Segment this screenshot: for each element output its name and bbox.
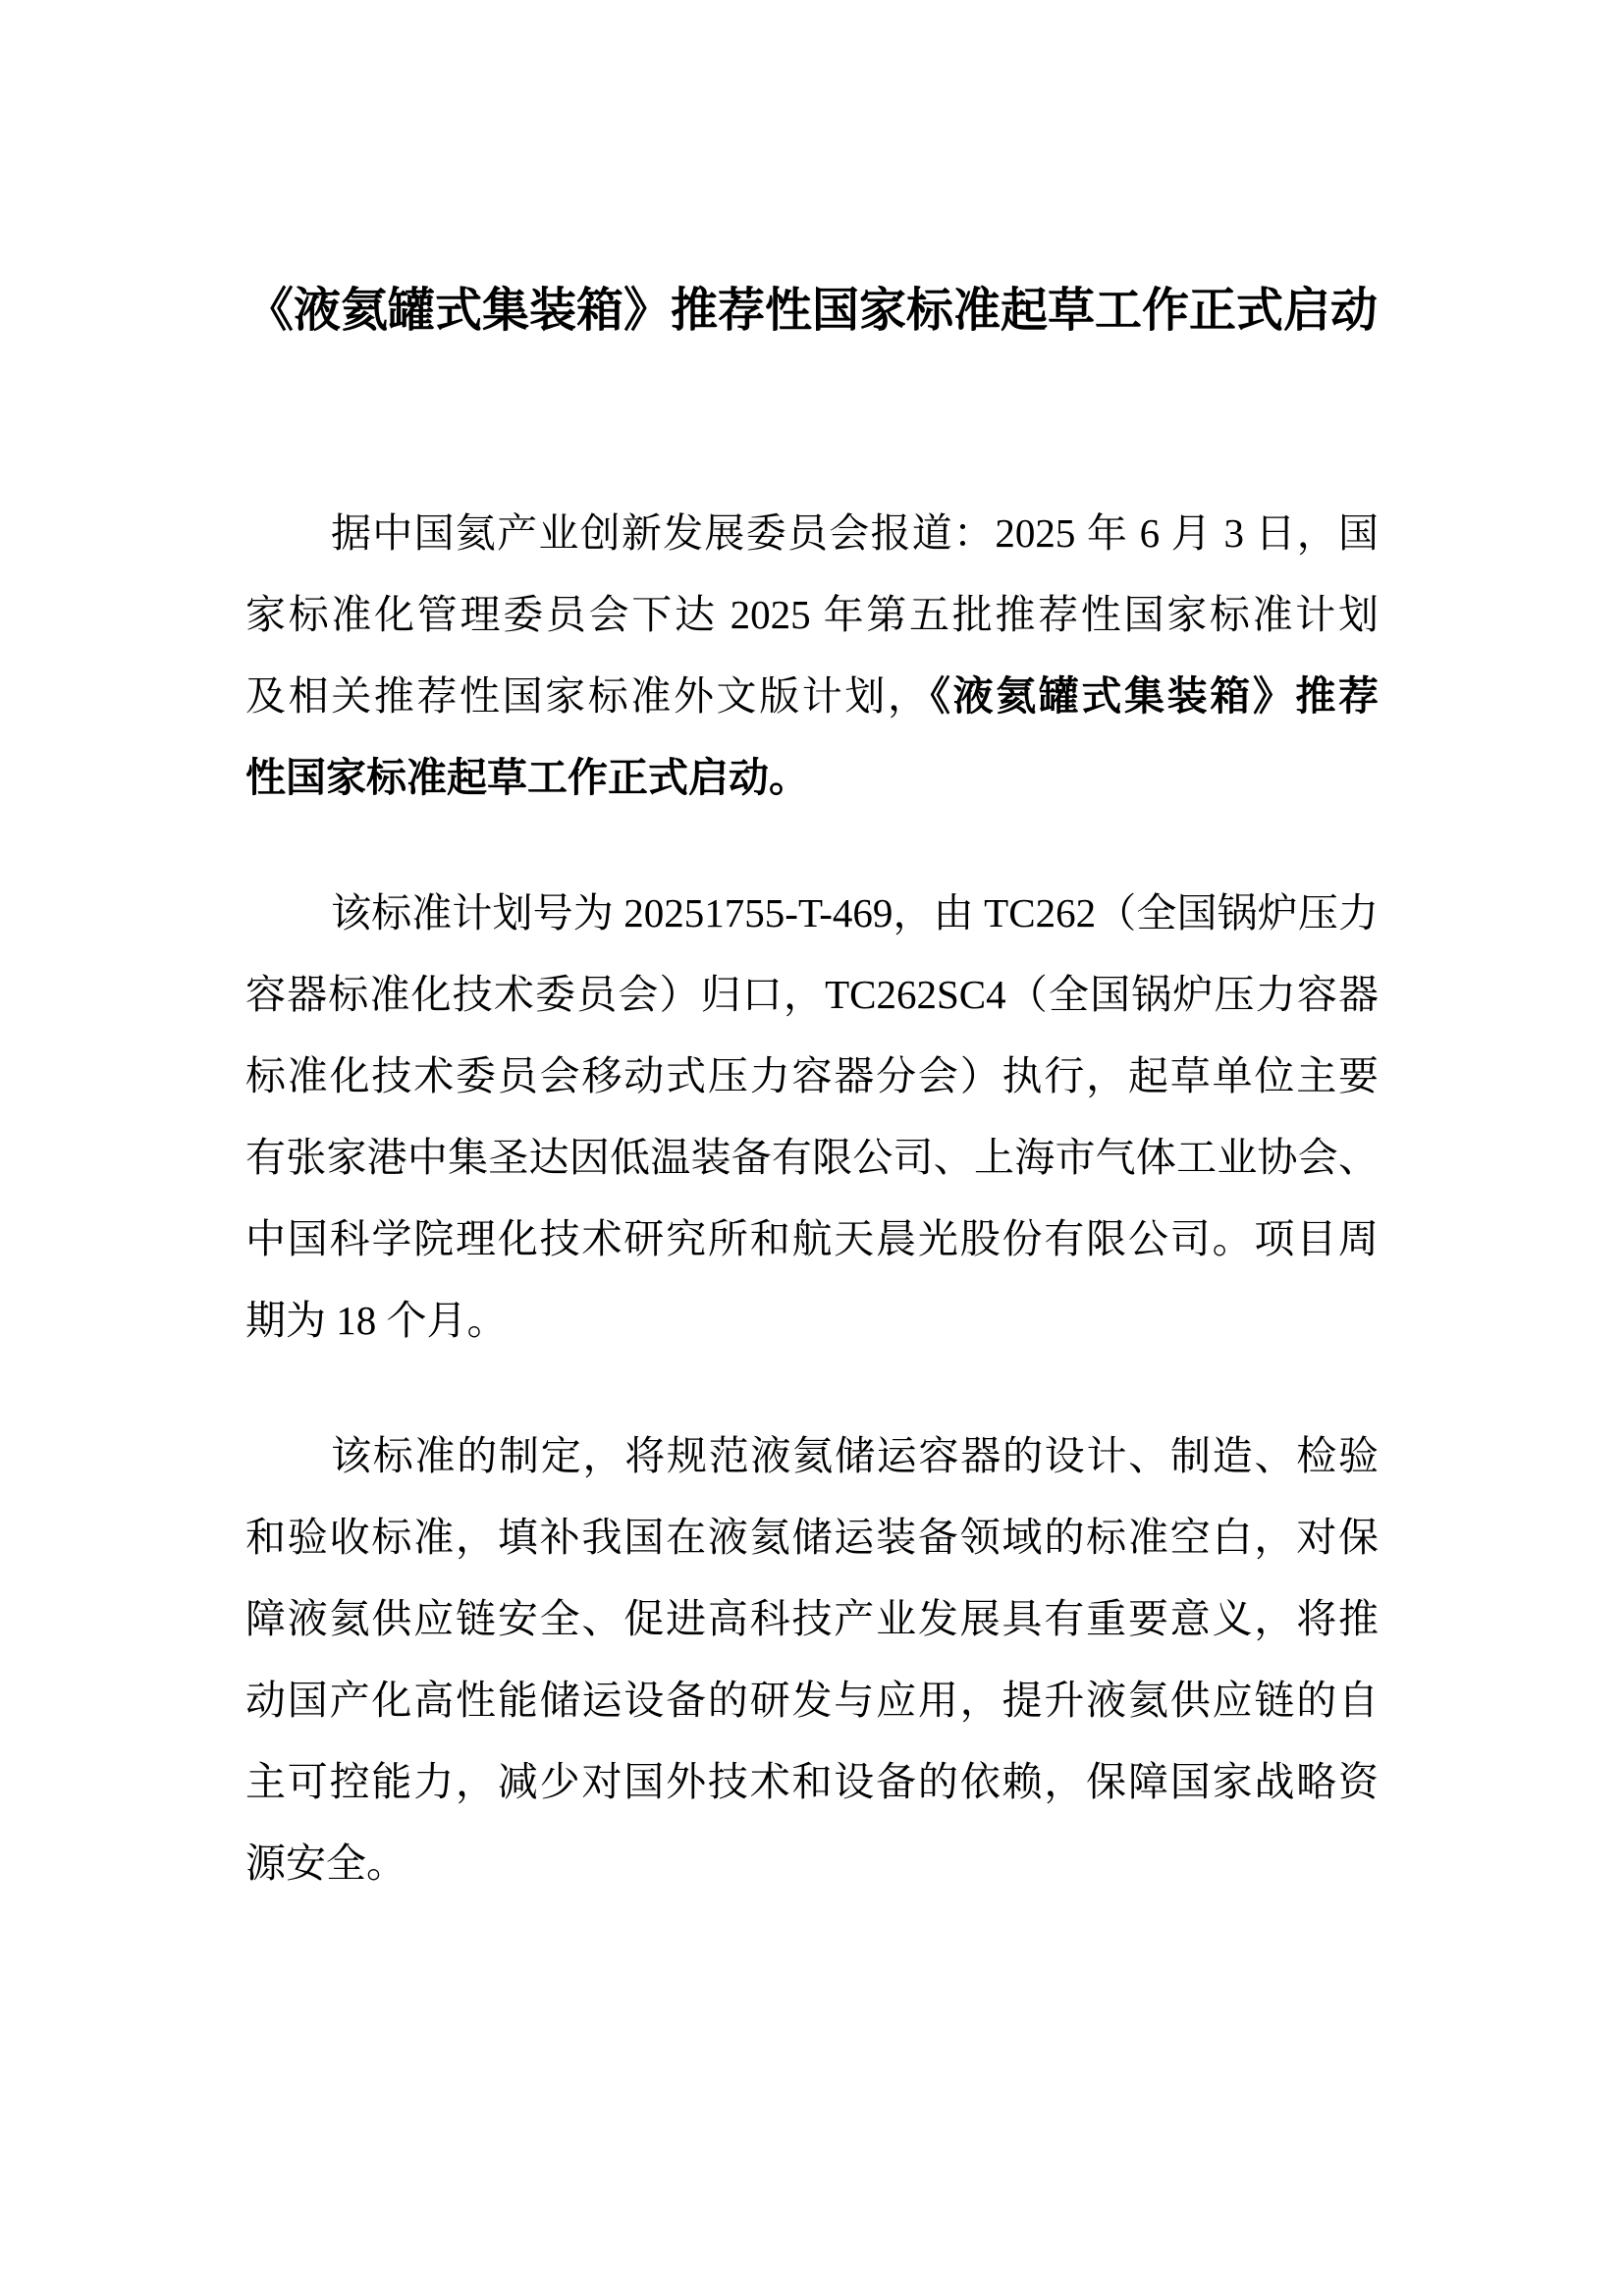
text-run: 该标准计划号为 20251755-T-469，由 TC262（全国锅炉压力 xyxy=(331,890,1379,935)
text-line: 据中国氦产业创新发展委员会报道：2025 年 6 月 3 日，国 xyxy=(245,493,1379,574)
text-run: 有张家港中集圣达因低温装备有限公司、上海市气体工业协会、 xyxy=(245,1135,1379,1180)
text-line: 障液氦供应链安全、促进高科技产业发展具有重要意义，将推 xyxy=(245,1578,1379,1660)
text-line: 有张家港中集圣达因低温装备有限公司、上海市气体工业协会、 xyxy=(245,1117,1379,1199)
text-run: 源安全。 xyxy=(245,1841,406,1886)
text-line: 和验收标准，填补我国在液氦储运装备领域的标准空白，对保 xyxy=(245,1497,1379,1578)
paragraph: 据中国氦产业创新发展委员会报道：2025 年 6 月 3 日，国家标准化管理委员… xyxy=(245,493,1379,819)
text-run: 和验收标准，填补我国在液氦储运装备领域的标准空白，对保 xyxy=(245,1515,1379,1560)
text-line: 家标准化管理委员会下达 2025 年第五批推荐性国家标准计划 xyxy=(245,574,1379,656)
document-body: 据中国氦产业创新发展委员会报道：2025 年 6 月 3 日，国家标准化管理委员… xyxy=(245,493,1379,1904)
text-line: 性国家标准起草工作正式启动。 xyxy=(245,737,1379,819)
text-line: 动国产化高性能储运设备的研发与应用，提升液氦供应链的自 xyxy=(245,1660,1379,1741)
text-line: 及相关推荐性国家标准外文版计划，《液氦罐式集装箱》推荐 xyxy=(245,656,1379,737)
text-run: 据中国氦产业创新发展委员会报道：2025 年 6 月 3 日，国 xyxy=(331,510,1379,556)
text-run: 动国产化高性能储运设备的研发与应用，提升液氦供应链的自 xyxy=(245,1678,1379,1723)
paragraph: 该标准的制定，将规范液氦储运容器的设计、制造、检验和验收标准，填补我国在液氦储运… xyxy=(245,1415,1379,1904)
document-content: 《液氦罐式集装箱》推荐性国家标准起草工作正式启动 据中国氦产业创新发展委员会报道… xyxy=(0,0,1624,1904)
text-line: 源安全。 xyxy=(245,1823,1379,1904)
text-run: 及相关推荐性国家标准外文版计划， xyxy=(245,673,931,719)
text-run: 中国科学院理化技术研究所和航天晨光股份有限公司。项目周 xyxy=(245,1216,1379,1261)
text-line: 该标准的制定，将规范液氦储运容器的设计、制造、检验 xyxy=(245,1415,1379,1497)
text-line: 该标准计划号为 20251755-T-469，由 TC262（全国锅炉压力 xyxy=(245,873,1379,954)
paragraph: 该标准计划号为 20251755-T-469，由 TC262（全国锅炉压力容器标… xyxy=(245,873,1379,1362)
text-line: 容器标准化技术委员会）归口，TC262SC4（全国锅炉压力容器 xyxy=(245,954,1379,1036)
text-run: 该标准的制定，将规范液氦储运容器的设计、制造、检验 xyxy=(331,1433,1379,1478)
bold-text-run: 《液氦罐式集装箱》推荐 xyxy=(931,673,1379,719)
text-run: 家标准化管理委员会下达 2025 年第五批推荐性国家标准计划 xyxy=(245,592,1379,637)
text-line: 中国科学院理化技术研究所和航天晨光股份有限公司。项目周 xyxy=(245,1199,1379,1280)
text-run: 主可控能力，减少对国外技术和设备的依赖，保障国家战略资 xyxy=(245,1759,1379,1804)
text-run: 期为 18 个月。 xyxy=(245,1298,508,1343)
text-run: 障液氦供应链安全、促进高科技产业发展具有重要意义，将推 xyxy=(245,1596,1379,1641)
text-run: 标准化技术委员会移动式压力容器分会）执行，起草单位主要 xyxy=(245,1053,1379,1098)
text-line: 主可控能力，减少对国外技术和设备的依赖，保障国家战略资 xyxy=(245,1741,1379,1823)
bold-text-run: 性国家标准起草工作正式启动。 xyxy=(245,755,809,800)
text-run: 容器标准化技术委员会）归口，TC262SC4（全国锅炉压力容器 xyxy=(245,972,1379,1017)
document-title: 《液氦罐式集装箱》推荐性国家标准起草工作正式启动 xyxy=(245,285,1379,338)
document-page: 《液氦罐式集装箱》推荐性国家标准起草工作正式启动 据中国氦产业创新发展委员会报道… xyxy=(0,0,1624,2296)
text-line: 标准化技术委员会移动式压力容器分会）执行，起草单位主要 xyxy=(245,1036,1379,1117)
text-line: 期为 18 个月。 xyxy=(245,1280,1379,1362)
